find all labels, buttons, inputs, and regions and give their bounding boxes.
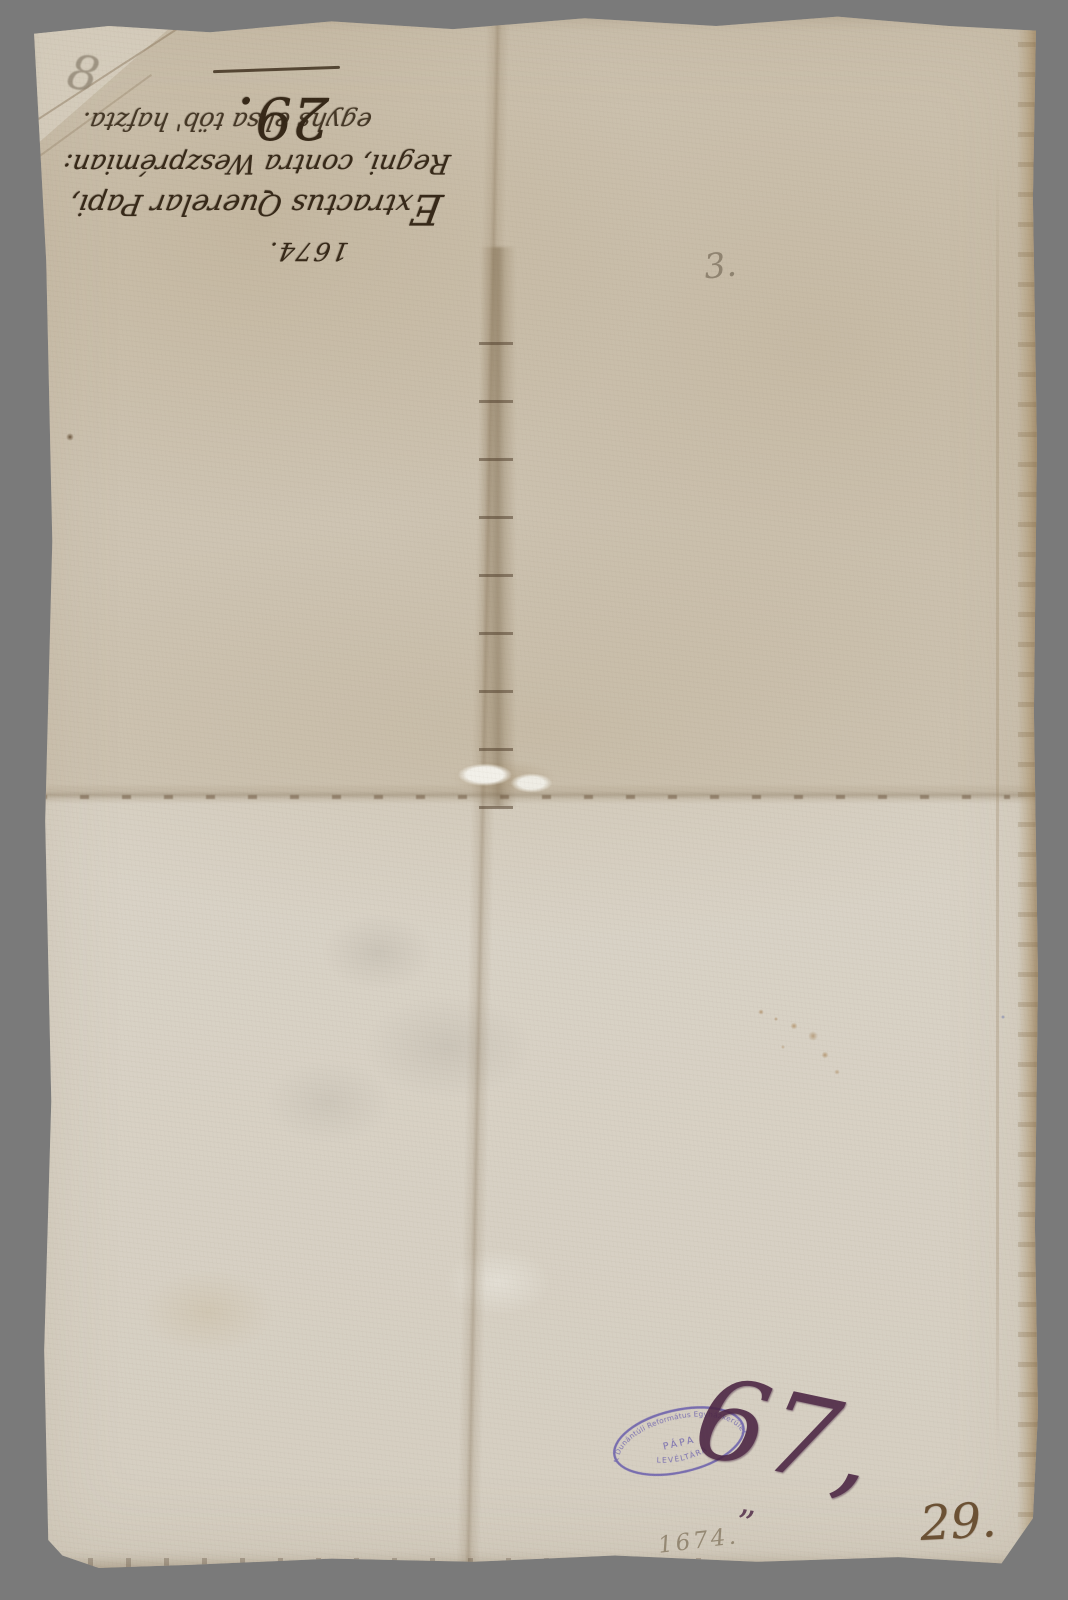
right-crease bbox=[996, 162, 999, 1452]
ink-number-67: 67, bbox=[686, 1361, 884, 1508]
scan-background: 29. 1674. Extractus Querelar Papi, Regni… bbox=[0, 0, 1068, 1600]
top-edge-debris bbox=[228, 12, 968, 24]
handwritten-note-line: Regni, contra Weszprémian: bbox=[60, 142, 467, 184]
handwritten-note: 1674. Extractus Querelar Papi, Regni, co… bbox=[45, 100, 475, 272]
ink-number-29-bottom: 29. bbox=[919, 1492, 998, 1552]
handwritten-note-line: 1674. bbox=[45, 230, 452, 272]
handwritten-note-line: Extractus Querelar Papi, bbox=[52, 184, 460, 230]
second-leaf-edge bbox=[1018, 12, 1040, 1568]
pencil-number-3: 3. bbox=[702, 244, 738, 287]
handwritten-note-line: egyhs el'sa töb' hafzta. bbox=[68, 100, 475, 142]
worn-through-patch bbox=[426, 750, 581, 805]
bottom-edge-debris bbox=[88, 1558, 708, 1568]
paper-sheet: 29. 1674. Extractus Querelar Papi, Regni… bbox=[28, 12, 1040, 1568]
pencil-year-1674: 1674. bbox=[657, 1523, 740, 1559]
